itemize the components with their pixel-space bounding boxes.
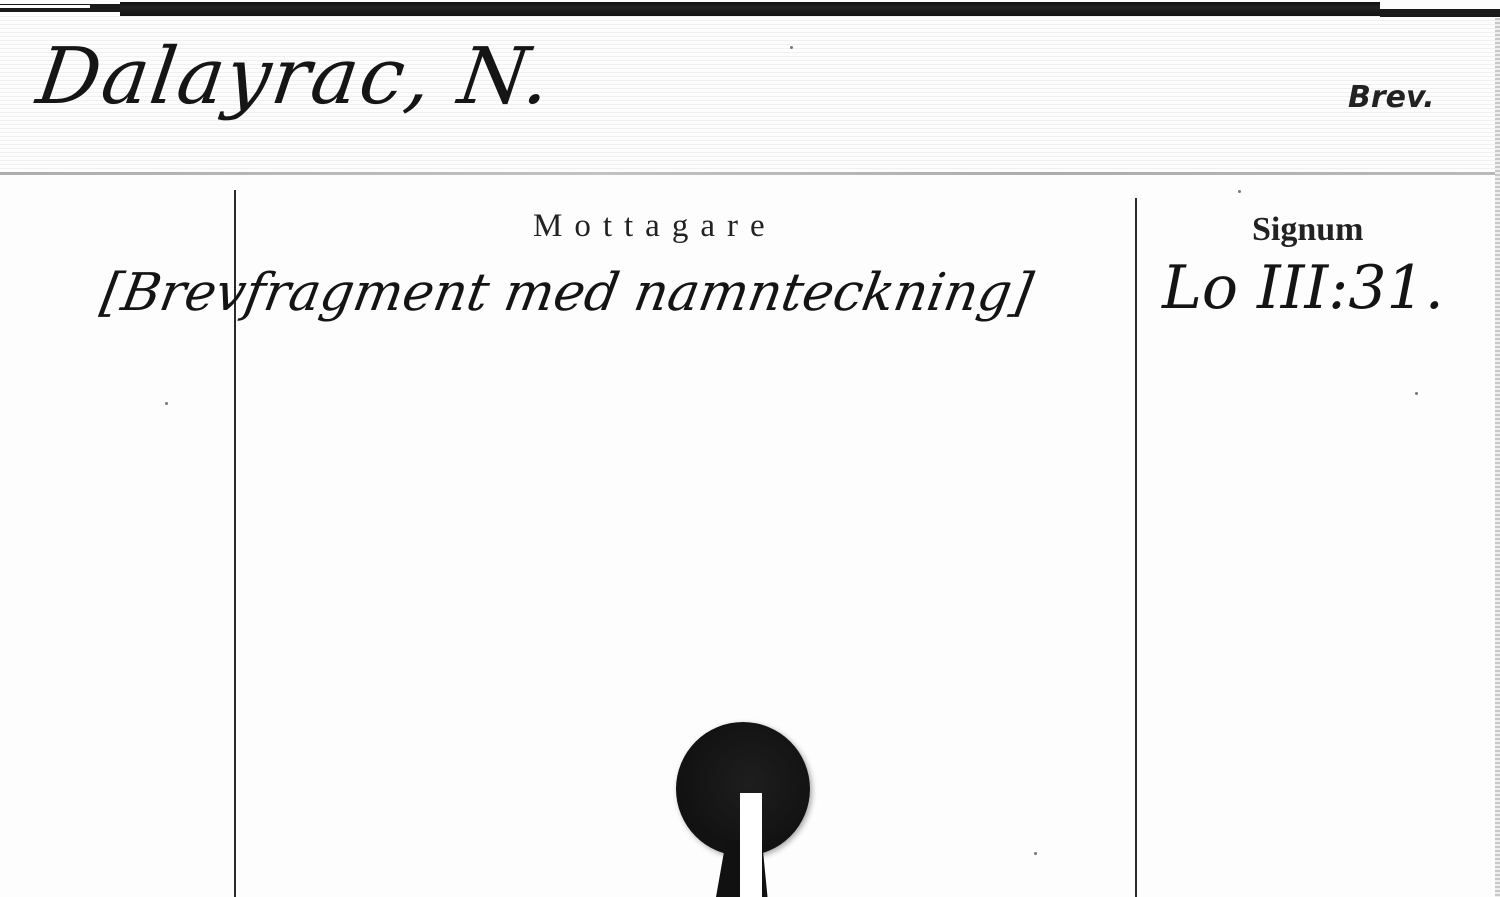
entry-signum: Lo III:31. (1162, 252, 1444, 324)
catalog-card: Dalayrac, N. Brev. Mottagare Signum [Bre… (0, 0, 1500, 897)
recipient-column-header: Mottagare (533, 208, 777, 245)
person-name-heading: Dalayrac, N. (33, 38, 558, 116)
header-divider (0, 172, 1500, 175)
entry-recipient: [Brevfragment med namnteckning] (96, 262, 1037, 324)
punch-hole-slot (740, 793, 762, 897)
scan-edge-top (120, 2, 1380, 16)
column-divider-right (1135, 198, 1137, 897)
signum-column-header: Signum (1252, 211, 1364, 249)
card-right-edge (1495, 18, 1500, 897)
scan-edge-highlight (0, 5, 90, 8)
category-label: Brev. (1348, 80, 1435, 115)
